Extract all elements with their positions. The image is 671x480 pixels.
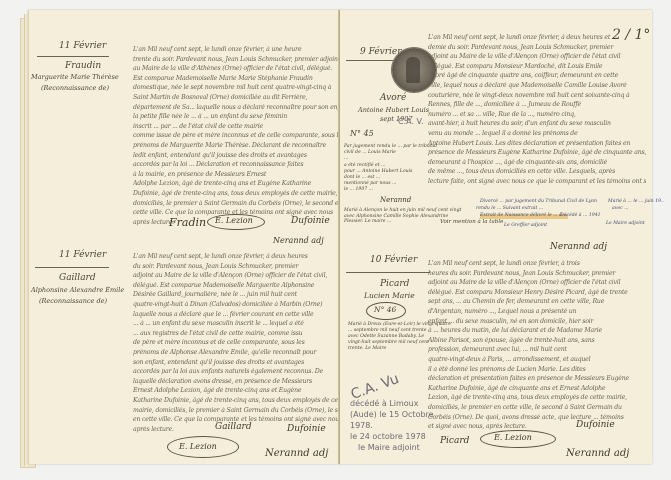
- entry-full-name: Lucien Marie: [364, 292, 415, 300]
- body-line: laquelle déclaration avons dressé, en pr…: [133, 378, 341, 388]
- body-line: ledit enfant, entendant qu'il jouisse de…: [133, 152, 341, 162]
- signature: Nerannd adj: [550, 242, 607, 252]
- body-line: adjoint au Maire de la ville d'Alençon (…: [428, 53, 646, 63]
- right-page: 2 / 1° 9 Février Avoré Antoine Hubert Lo…: [340, 10, 652, 464]
- body-line: ville, lequel nous a déclaré que Mademoi…: [428, 82, 646, 92]
- body-line: ... aux registres de l'état civil de cet…: [133, 330, 341, 340]
- signature: Nerannd adj: [273, 236, 324, 245]
- body-line: déclaration et présentation faites en pr…: [428, 375, 646, 385]
- body-line: L'an Mil neuf cent sept, le lundi onze f…: [133, 253, 341, 263]
- annotation-highlighted: Extrait de Naissance délivré le ... à ..…: [480, 214, 568, 219]
- body-line: Katharine Dufoinie, âgé de cinquante ans…: [428, 385, 646, 395]
- annotation-block: Divorcé ... par jugement du Tribunal Civ…: [458, 200, 648, 240]
- body-line: prénoms de Alphonse Alexandre Émile, qu'…: [133, 349, 341, 359]
- entry-date: 11 Février: [59, 42, 106, 51]
- annotation: rendu le ... Suivant extrait ...: [476, 207, 543, 212]
- margin-notes: Par jugement rendu le ... par le tribuna…: [344, 144, 434, 194]
- entry-surname: Fraudin: [65, 62, 101, 71]
- death-note-line: le 24 octobre 1978: [350, 431, 440, 442]
- body-line: d'Argentan, numéro ..., Lequel nous a pr…: [428, 308, 646, 318]
- body-line: à la mairie, en présence de Messieurs Er…: [133, 171, 341, 181]
- body-line: inscrit ... par ... de l'état civil de c…: [133, 123, 341, 133]
- body-line: adjoint au Maire de la ville d'Alençon (…: [133, 272, 341, 282]
- entry-body: L'an Mil neuf cent sept, le lundi onze f…: [428, 34, 646, 188]
- body-line: enfant ... du sexe masculin, né en son d…: [428, 318, 646, 328]
- entry-date: 11 Février: [59, 251, 106, 260]
- body-line: Antoine Hubert Louis. Les dites déclarat…: [428, 140, 646, 150]
- signature: Nerannd adj: [265, 448, 328, 459]
- signature: E. Lezion: [215, 216, 253, 225]
- signature: Dufoinie: [291, 216, 330, 226]
- body-line: avant-hier, à huit heures du soir, d'un …: [428, 120, 646, 130]
- body-line: à ... heures du matin, de lui déclarant …: [428, 327, 646, 337]
- death-note-line: 1978.: [350, 420, 440, 431]
- body-line: Dufoinie, âgé de trente-cinq ans, tous d…: [133, 190, 341, 200]
- body-line: domiciliés, le premier à Saint Germain d…: [133, 200, 341, 210]
- body-line: de père et mère inconnus et de celle com…: [133, 339, 341, 349]
- entry-body: L'an Mil neuf cent sept, le lundi onze f…: [133, 46, 341, 228]
- body-line: ... à ... un enfant du sexe masculin ins…: [133, 320, 341, 330]
- body-line: mairie, domiciliés, le premier à Saint G…: [133, 407, 341, 417]
- body-line: domiciliés, le premier en cette ville, l…: [428, 404, 646, 414]
- body-line: il a été donné les prénoms de Lucien Mar…: [428, 366, 646, 376]
- annotation: Le Greffier adjoint: [504, 224, 547, 229]
- signature: Fradin: [169, 216, 206, 229]
- body-line: demeurant à l'hospice ..., âgé de cinqua…: [428, 159, 646, 169]
- body-line: délégué. Est comparu Monsieur Mardoché, …: [428, 63, 646, 73]
- register-number: N° 45: [350, 130, 374, 138]
- entry-full-name: Antoine Hubert Louis: [358, 107, 429, 114]
- body-line: présence de Messieurs Eugène Katharine D…: [428, 149, 646, 159]
- body-line: demie du soir. Pardevant nous, Jean Loui…: [428, 44, 646, 54]
- register-book: 11 Février Fraudin Marguerite Marie Thér…: [20, 10, 652, 468]
- body-line: Saint Martin de Bosnoval (Orne) domicili…: [133, 94, 341, 104]
- body-line: L'an Mil neuf cent sept, le lundi onze f…: [428, 260, 646, 270]
- body-line: heures du soir. Pardevant nous, Jean Lou…: [428, 270, 646, 280]
- body-line: domestique, née le sept novembre mil hui…: [133, 84, 341, 94]
- body-line: son enfant, entendant qu'il jouisse des …: [133, 359, 341, 369]
- body-line: profession, demeurant avec lui, ... mil …: [428, 346, 646, 356]
- entry-body: L'an Mil neuf cent sept, le lundi onze f…: [428, 260, 646, 433]
- death-note: décédé à Limoux (Aude) le 15 Octobre 197…: [350, 398, 440, 453]
- body-line: délégué. Est comparu Monsieur Henry Dési…: [428, 289, 646, 299]
- body-line: département de Sa... laquelle nous a déc…: [133, 104, 341, 114]
- body-line: quatre-vingt-huit à Dinan (Calvados) dom…: [133, 301, 341, 311]
- body-line: Albine Parisot, son épouse, âgée de tren…: [428, 337, 646, 347]
- death-note-line: décédé à Limoux: [350, 398, 440, 409]
- body-line: couturière, née le vingt-deux novembre m…: [428, 92, 646, 102]
- margin-note: le ... 1907 ...: [344, 187, 434, 193]
- body-line: quatre-vingt-deux à Paris, ... arrondiss…: [428, 356, 646, 366]
- signature: E. Lezion: [494, 433, 532, 442]
- seal-figure: [406, 57, 420, 83]
- body-line: Katharine Dufoinie, âgé de trente-cinq a…: [133, 397, 341, 407]
- divider: [35, 267, 109, 268]
- entry-note: (Reconnaissance de): [41, 85, 109, 92]
- entry-full-name: Marguerite Marie Thérèse: [31, 74, 119, 81]
- body-line: Est comparue Mademoiselle Marie Marie St…: [133, 75, 341, 85]
- body-line: la petite fille née le ... à ... un enfa…: [133, 113, 341, 123]
- entry-date: 9 Février: [360, 48, 402, 57]
- body-line: Désirée Gaillard, journalière, née le ..…: [133, 291, 341, 301]
- annotation: Divorcé ... par jugement du Tribunal Civ…: [480, 200, 597, 205]
- body-line: accordés par la loi ... Déclaration et r…: [133, 161, 341, 171]
- margin-notes: Marié à Dreux (Eure-et-Loir) le vingt-qu…: [348, 322, 438, 352]
- body-line: Avoré âgé de cinquante quatre ans, coiff…: [428, 72, 646, 82]
- pencil-mark: C.A. V.: [398, 118, 424, 126]
- signature: Picard: [440, 436, 469, 446]
- body-line: prénoms de Marguerite Marie Thérèse. Déc…: [133, 142, 341, 152]
- body-line: L'an Mil neuf cent sept, le lundi onze f…: [428, 34, 646, 44]
- body-line: adjoint au Maire de la ville d'Alençon (…: [428, 279, 646, 289]
- annotation: Le Maire adjoint: [606, 222, 645, 227]
- entry-date: 10 Février: [370, 256, 417, 265]
- signature: Gaillard: [215, 422, 252, 432]
- body-line: du soir. Pardevant nous, Jean Louis Schm…: [133, 263, 341, 273]
- body-line: L'an Mil neuf cent sept, le lundi onze f…: [133, 46, 341, 56]
- register-number: N° 46: [374, 306, 396, 314]
- annotation: avec ...: [612, 207, 628, 212]
- body-line: accordés par la loi aux enfants naturels…: [133, 368, 341, 378]
- signature: Dufoinie: [576, 420, 615, 430]
- annotation: Marié à ... le ... juin 19..: [608, 200, 664, 205]
- signature: E. Lezion: [179, 442, 217, 451]
- signature: Nerannd adj: [566, 448, 629, 459]
- annotation: Décédé à ... 1941: [560, 214, 601, 219]
- death-note-line: le Maire adjoint: [350, 442, 440, 453]
- body-line: trente du soir. Pardevant nous, Jean Lou…: [133, 56, 341, 66]
- republic-seal-icon: [392, 48, 436, 92]
- death-note-line: (Aude) le 15 Octobre: [350, 409, 440, 420]
- entry-note: (Reconnaissance de): [39, 298, 107, 305]
- body-line: délégué. Est comparue Mademoiselle Margu…: [133, 282, 341, 292]
- body-line: numéro ... et sa ... ville, Rue de la ..…: [428, 111, 646, 121]
- entry-surname: Avoré: [380, 94, 406, 103]
- entry-surname: Picard: [380, 280, 409, 289]
- body-line: laquelle nous a déclaré que le ... févri…: [133, 311, 341, 321]
- body-line: Adolphe Lezion, âgé de trente-cinq ans e…: [133, 180, 341, 190]
- body-line: Lezion, âgé de trente-cinq ans, tous deu…: [428, 394, 646, 404]
- margin-signature: Nerannd: [380, 196, 411, 204]
- entry-body: L'an Mil neuf cent sept, le lundi onze f…: [133, 253, 341, 435]
- body-line: venu au monde ... lequel il a donné les …: [428, 130, 646, 140]
- body-line: sept ans, ... au Chemin de fer, demeuran…: [428, 298, 646, 308]
- margin-note: trente. Le Maire: [348, 346, 438, 352]
- divider: [37, 56, 109, 57]
- entry-full-name: Alphonsine Alexandre Émile: [31, 287, 124, 294]
- body-line: Rennes, fille de ..., domiciliée à ... J…: [428, 101, 646, 111]
- signature: Dufoinie: [287, 424, 326, 434]
- divider: [346, 272, 430, 273]
- body-line: Ernest Adolphe Lezion, âgé de trente-cin…: [133, 387, 341, 397]
- body-line: comme issue de père et mère inconnus et …: [133, 132, 341, 142]
- body-line: de même ..., tous deux domiciliés en cet…: [428, 168, 646, 178]
- body-line: lecture faite, ont signé avec nous ce qu…: [428, 178, 646, 188]
- body-line: au Maire de la ville d'Athènes (Orne) of…: [133, 65, 341, 75]
- left-page: 11 Février Fraudin Marguerite Marie Thér…: [28, 10, 341, 464]
- entry-surname: Gaillard: [59, 274, 96, 283]
